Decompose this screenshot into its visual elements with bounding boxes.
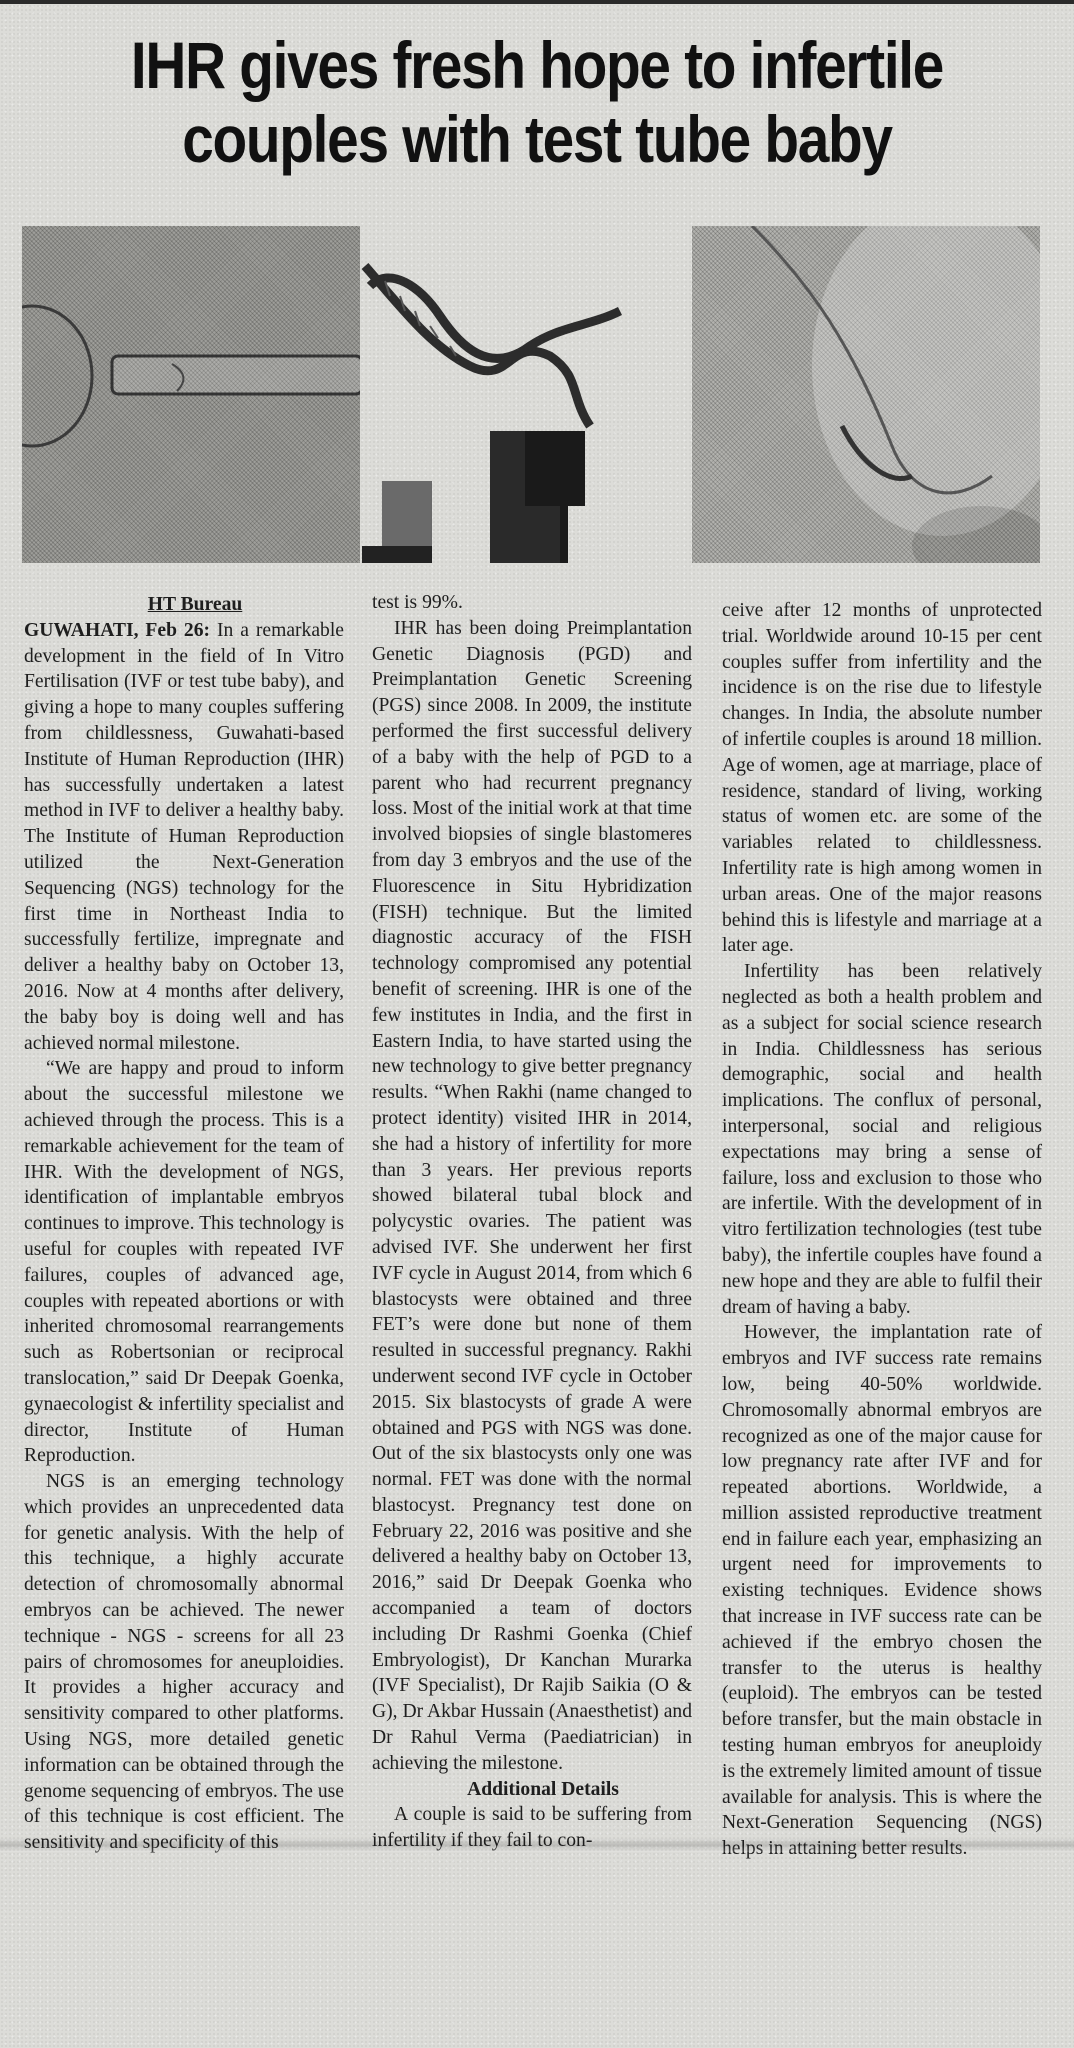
photo-strip: [0, 226, 1074, 563]
article-paragraph: NGS is an emerging technology which prov…: [24, 1469, 344, 1856]
article-paragraph: GUWAHATI, Feb 26: In a remarkable develo…: [24, 618, 344, 1057]
article-column-2: test is 99%. IHR has been doing Preimpla…: [372, 590, 692, 1854]
dna-helix-icon: [360, 226, 690, 563]
ivf-needle-photo: [22, 226, 360, 563]
article-column-3: ceive after 12 months of unprotected tri…: [722, 598, 1042, 1862]
article-paragraph: Infertility has been relatively neglecte…: [722, 959, 1042, 1320]
dateline: GUWAHATI, Feb 26:: [24, 620, 210, 641]
article-column-1: HT Bureau GUWAHATI, Feb 26: In a remarka…: [24, 592, 344, 1856]
article-paragraph: A couple is said to be suffering from in…: [372, 1802, 692, 1854]
headline-line-2: couples with test tube baby: [75, 102, 999, 176]
article-paragraph: ceive after 12 months of unprotected tri…: [722, 598, 1042, 959]
article-text: In a remarkable development in the field…: [24, 620, 344, 1054]
micropipette-icon: [22, 226, 360, 563]
subheading: Additional Details: [372, 1777, 692, 1803]
article-paragraph: IHR has been doing Preimplantation Genet…: [372, 616, 692, 1777]
headline: IHR gives fresh hope to infertile couple…: [75, 28, 999, 176]
byline: HT Bureau: [24, 592, 344, 618]
article-paragraph: test is 99%.: [372, 590, 692, 616]
dna-helix-graphic: [360, 226, 690, 563]
page-top-rule: [0, 0, 1074, 4]
article-paragraph: However, the implantation rate of embryo…: [722, 1320, 1042, 1862]
baby-face-icon: [692, 226, 1040, 563]
baby-photo: [692, 226, 1040, 563]
headline-line-1: IHR gives fresh hope to infertile: [75, 28, 999, 102]
article-paragraph: “We are happy and proud to inform about …: [24, 1056, 344, 1469]
